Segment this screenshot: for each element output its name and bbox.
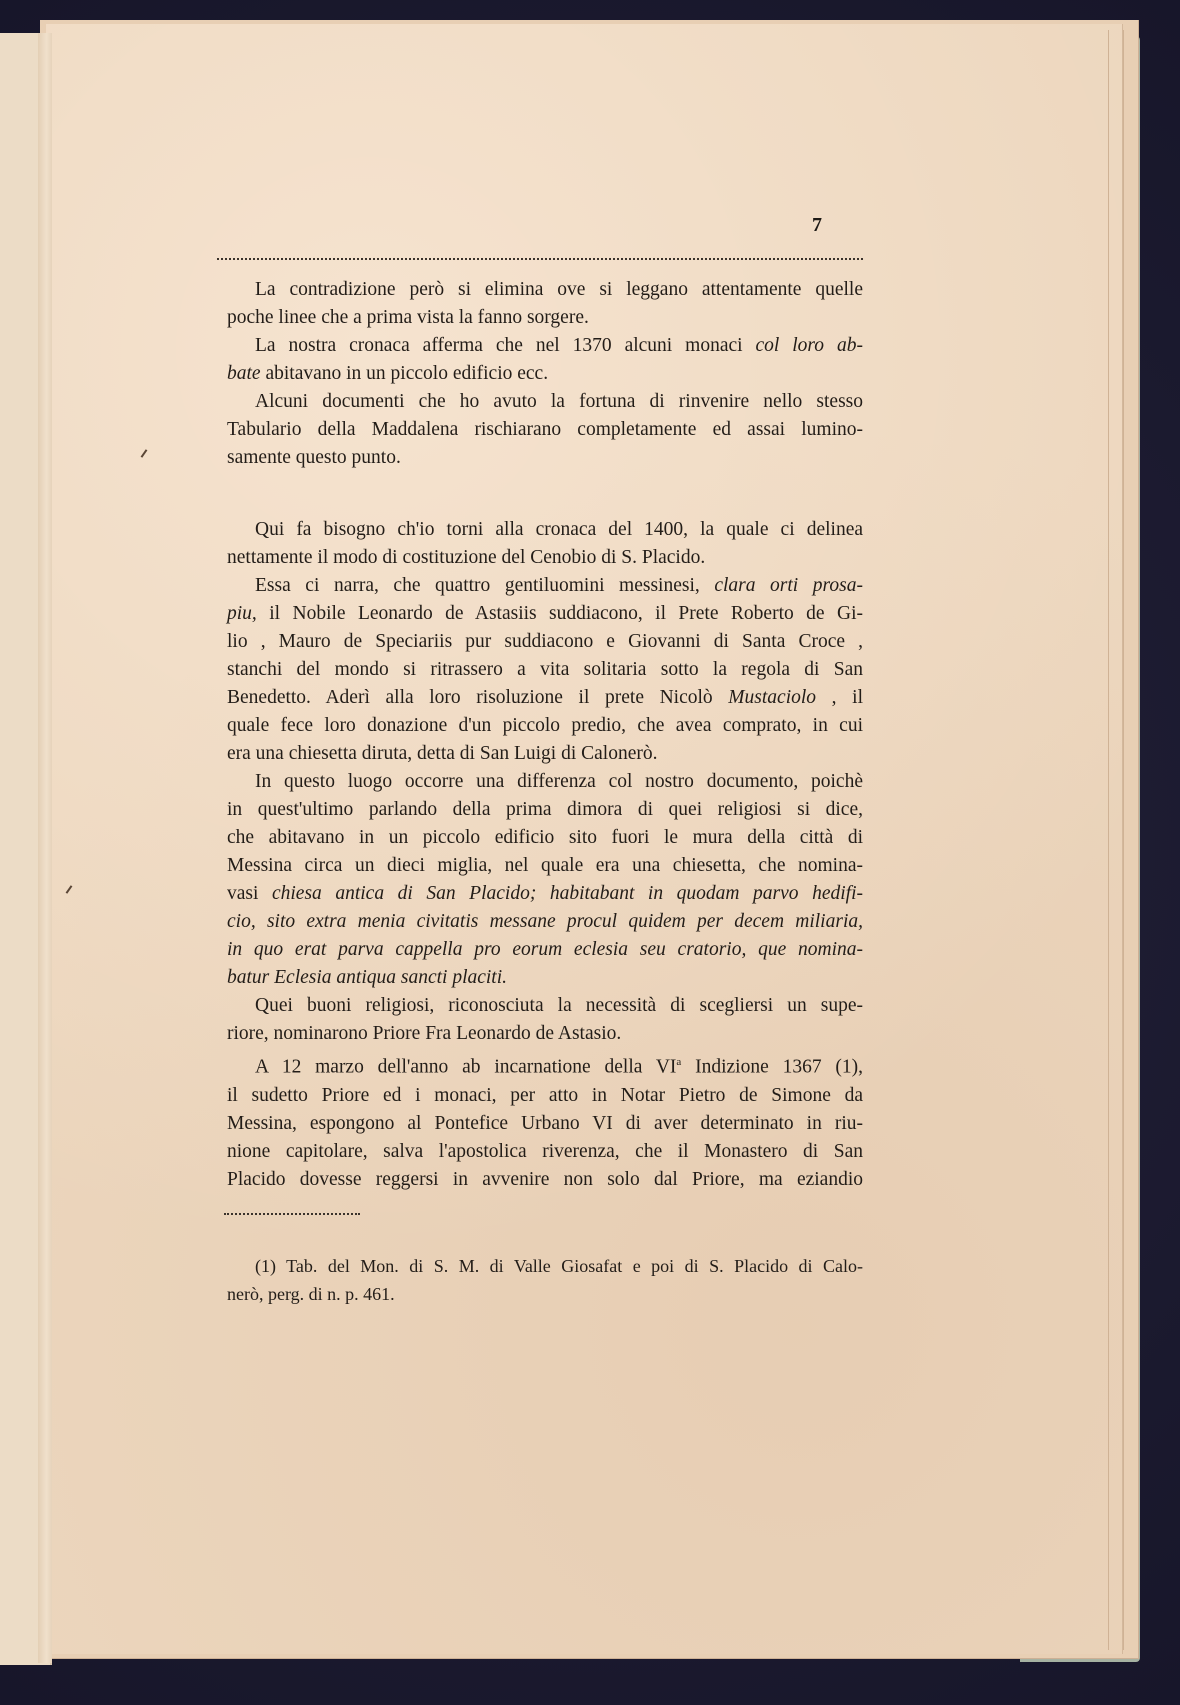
text-run: A 12 marzo dell'anno ab incarnatione del… — [255, 1057, 676, 1078]
text-run: Indizione 1367 (1), — [681, 1057, 863, 1078]
text-line: in quo erat parva cappella pro eorum ecl… — [227, 936, 863, 964]
text-line: bate abitavano in un piccolo edificio ec… — [227, 360, 863, 388]
italic-run: Mustaciolo — [728, 687, 816, 708]
italic-run: piu, — [227, 603, 257, 624]
text-line: piu, il Nobile Leonardo de Astasiis sudd… — [227, 600, 863, 628]
text-run: abitavano in un piccolo edificio ecc. — [261, 363, 549, 384]
text-line: Placido dovesse reggersi in avvenire non… — [227, 1166, 863, 1194]
text-line: in quest'ultimo parlando della prima dim… — [227, 796, 863, 824]
text-line: Messina, espongono al Pontefice Urbano V… — [227, 1110, 863, 1138]
text-run: , il — [816, 687, 863, 708]
text-line: Quei buoni religiosi, riconosciuta la ne… — [227, 992, 863, 1020]
header-rule — [217, 258, 863, 260]
page-edge-lines — [1108, 30, 1124, 1650]
footnote-line: nerò, perg. di n. p. 461. — [227, 1280, 863, 1308]
text-block-main: Qui fa bisogno ch'io torni alla cronaca … — [227, 516, 863, 1194]
text-line: riore, nominarono Priore Fra Leonardo de… — [227, 1020, 863, 1048]
text-line: il sudetto Priore ed i monaci, per atto … — [227, 1082, 863, 1110]
italic-run: clara orti prosa- — [714, 575, 863, 596]
text-block-top: La contradizione però si elimina ove si … — [227, 276, 863, 472]
text-line: stanchi del mondo si ritrassero a vita s… — [227, 656, 863, 684]
text-line: Alcuni documenti che ho avuto la fortuna… — [227, 388, 863, 416]
footnote: (1) Tab. del Mon. di S. M. di Valle Gios… — [227, 1252, 863, 1308]
text-line: vasi chiesa antica di San Placido; habit… — [227, 880, 863, 908]
text-run: il Nobile Leonardo de Astasiis suddiacon… — [257, 603, 863, 624]
text-line: In questo luogo occorre una differenza c… — [227, 768, 863, 796]
text-line: A 12 marzo dell'anno ab incarnatione del… — [227, 1048, 863, 1082]
text-run: Essa ci narra, che quattro gentiluomini … — [255, 575, 714, 596]
text-line: Essa ci narra, che quattro gentiluomini … — [227, 572, 863, 600]
footnote-rule — [224, 1213, 360, 1215]
text-line: Tabulario della Maddalena rischiarano co… — [227, 416, 863, 444]
text-run: Benedetto. Aderì alla loro risoluzione i… — [227, 687, 728, 708]
italic-run: in quo erat parva cappella pro eorum ecl… — [227, 939, 863, 960]
text-line: che abitavano in un piccolo edificio sit… — [227, 824, 863, 852]
text-run: vasi — [227, 883, 272, 904]
page-number: 7 — [812, 214, 822, 237]
text-line: La contradizione però si elimina ove si … — [227, 276, 863, 304]
text-line: samente questo punto. — [227, 444, 863, 472]
text-line: nione capitolare, salva l'apostolica riv… — [227, 1138, 863, 1166]
italic-run: bate — [227, 363, 261, 384]
gutter-fold — [38, 33, 52, 1663]
text-line: quale fece loro donazione d'un piccolo p… — [227, 712, 863, 740]
text-line: lio , Mauro de Speciariis pur suddiacono… — [227, 628, 863, 656]
text-line: batur Eclesia antiqua sancti placiti. — [227, 964, 863, 992]
italic-run: col loro ab- — [756, 335, 863, 356]
italic-run: cio, sito extra menia civitatis messane … — [227, 911, 863, 932]
text-line: poche linee che a prima vista la fanno s… — [227, 304, 863, 332]
text-line: Benedetto. Aderì alla loro risoluzione i… — [227, 684, 863, 712]
text-run: La nostra cronaca afferma che nel 1370 a… — [255, 335, 756, 356]
italic-run: chiesa antica di San Placido; habitabant… — [272, 883, 863, 904]
italic-run: batur Eclesia antiqua sancti placiti. — [227, 967, 507, 988]
text-line: nettamente il modo di costituzione del C… — [227, 544, 863, 572]
text-line: era una chiesetta diruta, detta di San L… — [227, 740, 863, 768]
footnote-line: (1) Tab. del Mon. di S. M. di Valle Gios… — [227, 1252, 863, 1280]
text-line: cio, sito extra menia civitatis messane … — [227, 908, 863, 936]
text-line: Messina circa un dieci miglia, nel quale… — [227, 852, 863, 880]
text-line: La nostra cronaca afferma che nel 1370 a… — [227, 332, 863, 360]
text-line: Qui fa bisogno ch'io torni alla cronaca … — [227, 516, 863, 544]
